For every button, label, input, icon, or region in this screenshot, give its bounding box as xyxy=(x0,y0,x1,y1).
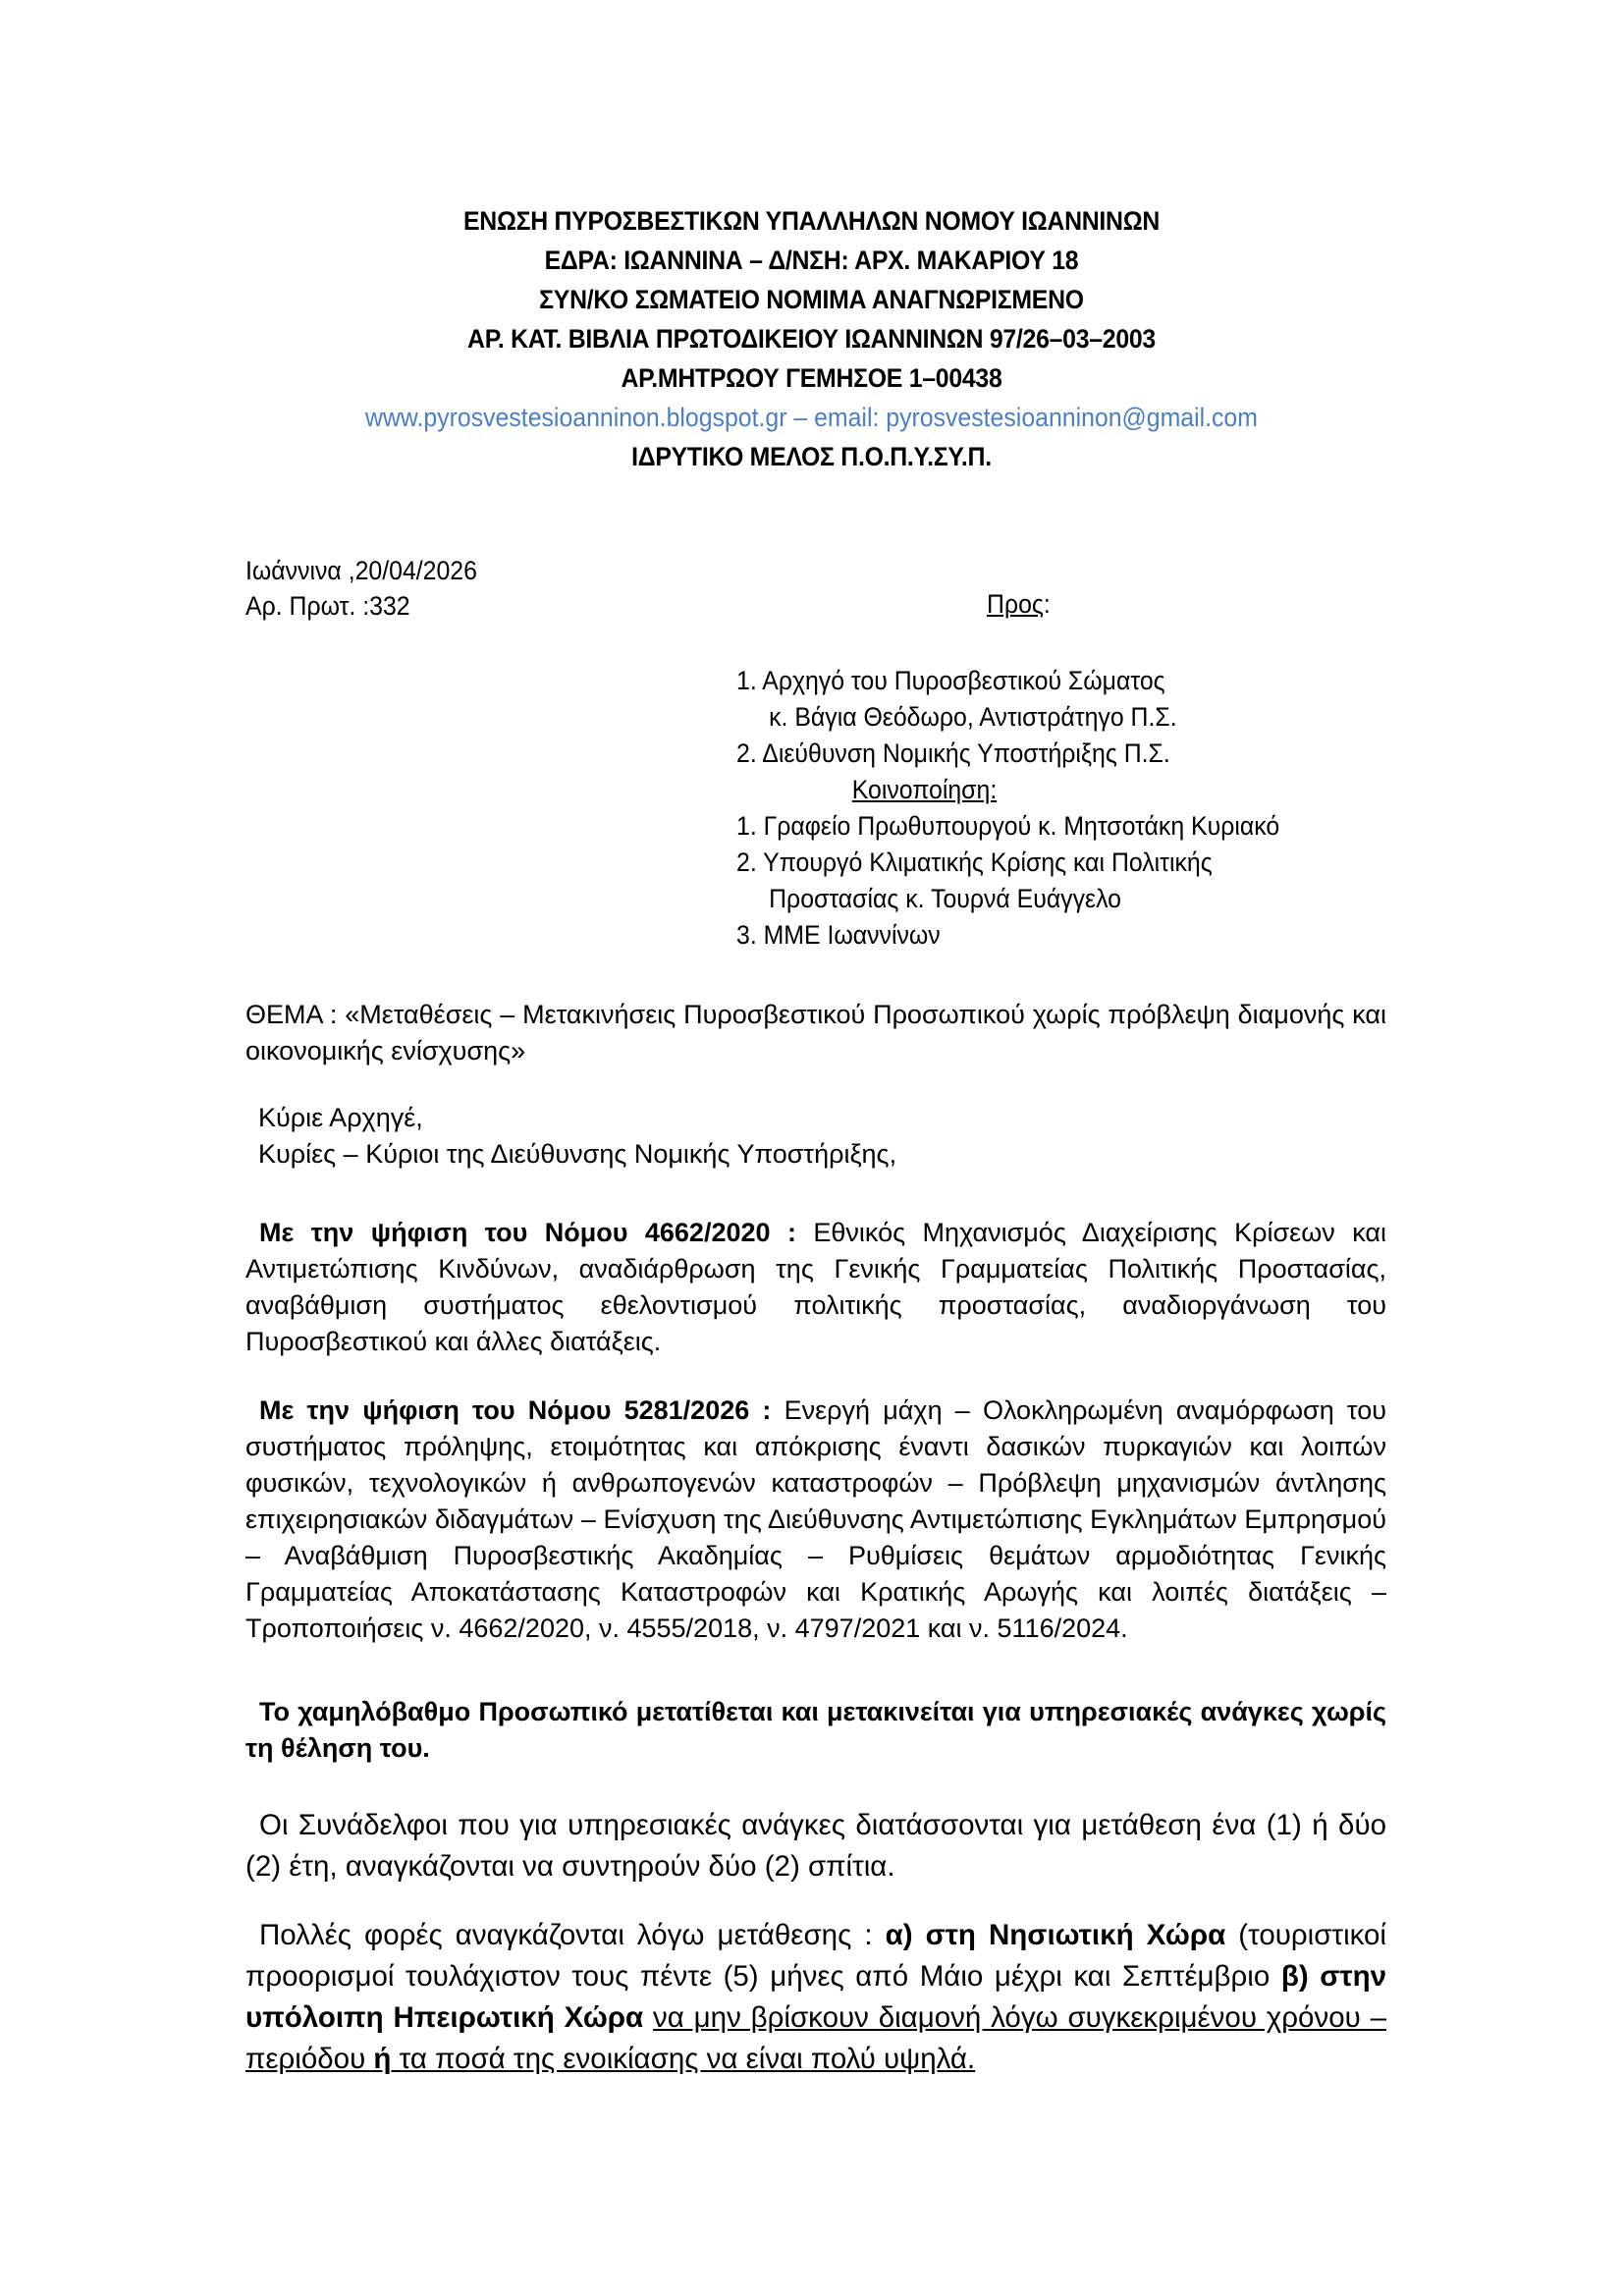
law-4662-heading: Με την ψήφιση του Νόμου 4662/2020 : xyxy=(245,1218,796,1247)
salutation-chief: Κύριε Αρχηγέ, xyxy=(258,1100,1399,1136)
salutation-legal: Κυρίες – Κύριοι της Διεύθυνσης Νομικής Υ… xyxy=(258,1136,1399,1173)
housing-t1: Πολλές φορές αναγκάζονται λόγω μετάθεσης… xyxy=(245,1919,886,1951)
housing-ub: ή xyxy=(373,2043,391,2075)
link-separator: – xyxy=(786,403,814,432)
recipient-2: 2. Διεύθυνση Νομικής Υποστήριξης Π.Σ. xyxy=(736,736,1279,772)
cc-1: 1. Γραφείο Πρωθυπουργού κ. Μητσοτάκη Κυρ… xyxy=(736,808,1279,845)
contact-links: www.pyrosvestesioanninon.blogspot.gr – e… xyxy=(65,398,1558,437)
letterhead: ΕΝΩΣΗ ΠΥΡΟΣΒΕΣΤΙΚΩΝ ΥΠΑΛΛΗΛΩΝ ΝΟΜΟΥ ΙΩΑΝ… xyxy=(0,201,1623,476)
law-5281-bold: Με την ψήφιση του Νόμου 5281/2026 : xyxy=(259,1395,771,1425)
gemisoe-registry: ΑΡ.ΜΗΤΡΩΟΥ ΓΕΜΗΣΟΕ 1–00438 xyxy=(65,358,1558,398)
cc-label: Κοινοποίηση: xyxy=(736,772,1279,808)
paragraph-transfers: Το χαμηλόβαθμο Προσωπικό μετατίθεται και… xyxy=(245,1694,1386,1767)
law-5281-text: Ενεργή μάχη – Ολοκληρωμένη αναμόρφωση το… xyxy=(245,1395,1386,1643)
cc-3: 3. ΜΜΕ Ιωαννίνων xyxy=(736,917,1279,954)
paragraph-housing: Πολλές φορές αναγκάζονται λόγω μετάθεσης… xyxy=(245,1915,1386,2080)
housing-t3 xyxy=(643,2001,653,2034)
housing-u2: τα ποσά της ενοικίασης να είναι πολύ υψη… xyxy=(391,2043,975,2075)
cc-2: 2. Υπουργό Κλιματικής Κρίσης και Πολιτικ… xyxy=(736,845,1279,881)
email-link[interactable]: email: pyrosvestesioanninon@gmail.com xyxy=(814,403,1258,432)
union-name: ΕΝΩΣΗ ΠΥΡΟΣΒΕΣΤΙΚΩΝ ΥΠΑΛΛΗΛΩΝ ΝΟΜΟΥ ΙΩΑΝ… xyxy=(65,201,1558,241)
letter-meta: Ιωάννινα ,20/04/2026 Αρ. Πρωτ. :332 xyxy=(245,553,477,624)
salutation: Κύριε Αρχηγέ, Κυρίες – Κύριοι της Διεύθυ… xyxy=(258,1100,1399,1173)
union-address: ΕΔΡΑ: ΙΩΑΝΝΙΝΑ – Δ/ΝΣΗ: ΑΡΧ. ΜΑΚΑΡΙΟΥ 18 xyxy=(65,241,1558,280)
protocol-number: Αρ. Πρωτ. :332 xyxy=(245,588,477,624)
founding-member: ΙΔΡΥΤΙΚΟ ΜΕΛΟΣ Π.Ο.Π.Υ.ΣΥ.Π. xyxy=(65,437,1558,476)
union-status: ΣΥΝ/ΚΟ ΣΩΜΑΤΕΙΟ ΝΟΜΙΜΑ ΑΝΑΓΝΩΡΙΣΜΕΝΟ xyxy=(65,280,1558,319)
law-4662-bold: Με την ψήφιση του Νόμου 4662/2020 : xyxy=(259,1218,796,1247)
transfers-text: Το χαμηλόβαθμο Προσωπικό μετατίθεται και… xyxy=(245,1697,1386,1763)
court-registry: ΑΡ. ΚΑΤ. ΒΙΒΛΙΑ ΠΡΩΤΟΔΙΚΕΙΟΥ ΙΩΑΝΝΙΝΩΝ 9… xyxy=(65,319,1558,358)
paragraph-law-4662: Με την ψήφιση του Νόμου 4662/2020 : Εθνι… xyxy=(245,1215,1386,1360)
place-date: Ιωάννινα ,20/04/2026 xyxy=(245,553,477,588)
website-link[interactable]: www.pyrosvestesioanninon.blogspot.gr xyxy=(365,403,786,432)
cc-2-cont: Προστασίας κ. Τουρνά Ευάγγελο xyxy=(736,881,1279,917)
letter-page: ΕΝΩΣΗ ΠΥΡΟΣΒΕΣΤΙΚΩΝ ΥΠΑΛΛΗΛΩΝ ΝΟΜΟΥ ΙΩΑΝ… xyxy=(0,0,1623,2296)
to-label-text: Προς xyxy=(987,589,1044,619)
paragraph-two-homes: Οι Συνάδελφοι που για υπηρεσιακές ανάγκε… xyxy=(245,1805,1386,1887)
law-5281-heading: Με την ψήφιση του Νόμου 5281/2026 : xyxy=(245,1395,771,1425)
recipient-1: 1. Αρχηγό του Πυροσβεστικού Σώματος xyxy=(736,663,1279,699)
to-colon: : xyxy=(1044,589,1051,620)
paragraph-law-5281: Με την ψήφιση του Νόμου 5281/2026 : Ενερ… xyxy=(245,1393,1386,1647)
to-label: Προς: xyxy=(987,589,1051,620)
recipient-1-name: κ. Βάγια Θεόδωρο, Αντιστράτηγο Π.Σ. xyxy=(736,699,1279,736)
recipients-list: 1. Αρχηγό του Πυροσβεστικού Σώματος κ. Β… xyxy=(736,663,1279,954)
subject-line: ΘΕΜΑ : «Μεταθέσεις – Μετακινήσεις Πυροσβ… xyxy=(245,997,1386,1069)
housing-b1: α) στη Νησιωτική Χώρα xyxy=(886,1919,1226,1951)
two-homes-text: Οι Συνάδελφοι που για υπηρεσιακές ανάγκε… xyxy=(245,1809,1386,1883)
